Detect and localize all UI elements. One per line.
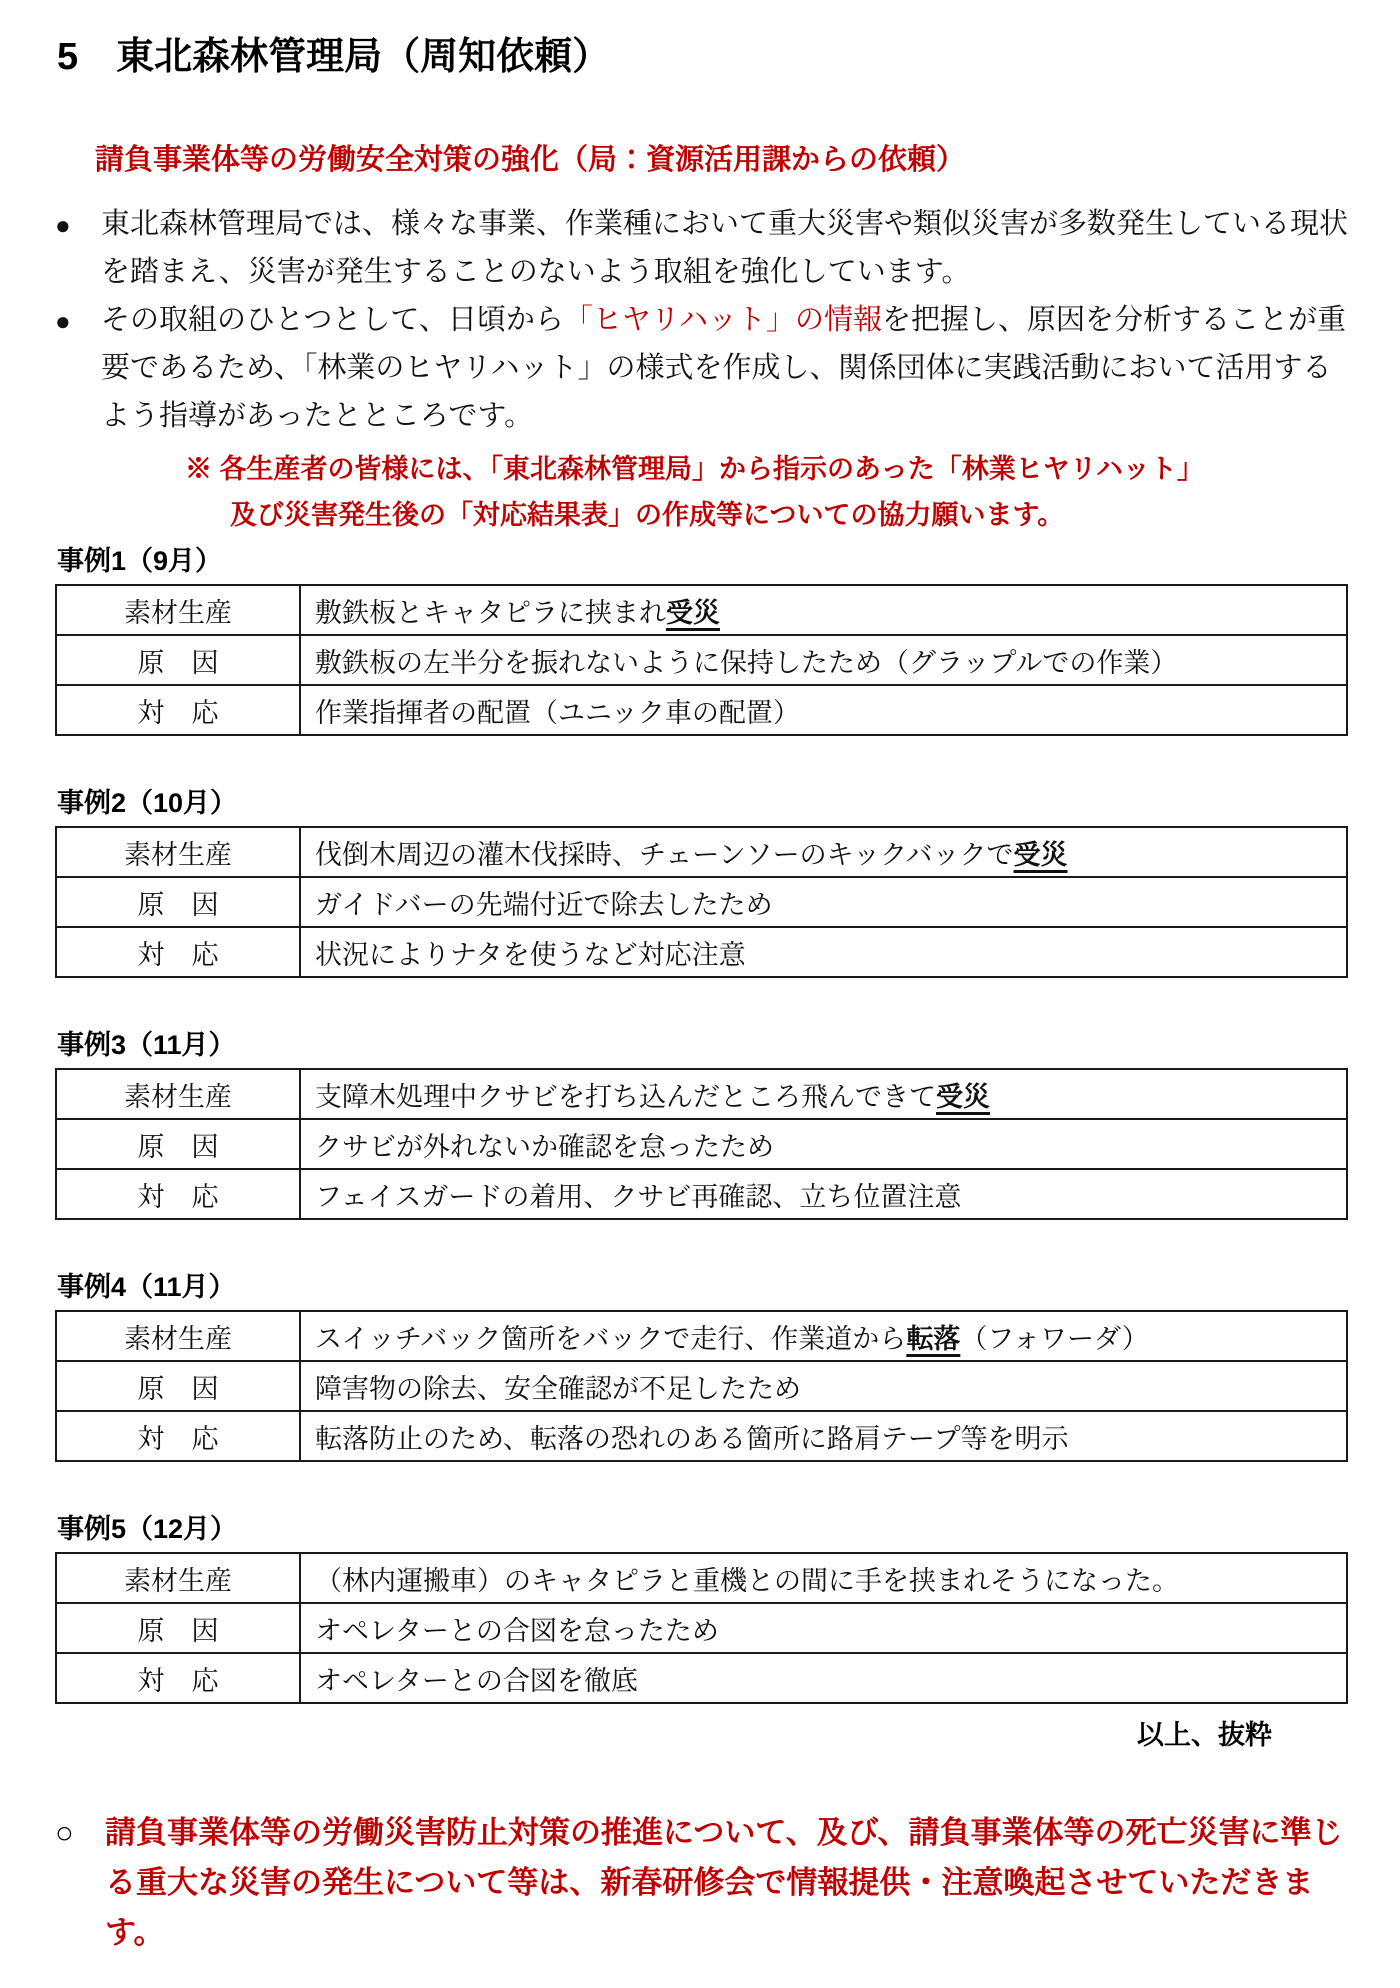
- case-row: 対 応状況によりナタを使うなど対応注意: [56, 927, 1347, 977]
- case-text: 作業指揮者の配置（ユニック車の配置）: [315, 698, 800, 728]
- case-table: 素材生産（林内運搬車）のキャタピラと重機との間に手を挟まれそうになった。原 因オ…: [55, 1552, 1348, 1704]
- case-heading: 事例1（9月）: [57, 546, 1350, 576]
- case-row-label: 原 因: [56, 1361, 300, 1411]
- case-heading: 事例3（11月）: [57, 1030, 1350, 1060]
- closing-circle-marker: ○: [55, 1808, 105, 1958]
- case-heading: 事例2（10月）: [57, 788, 1350, 818]
- case-row: 対 応フェイスガードの着用、クサビ再確認、立ち位置注意: [56, 1169, 1347, 1219]
- case-text: フェイスガードの着用、クサビ再確認、立ち位置注意: [315, 1182, 961, 1212]
- case-table: 素材生産支障木処理中クサビを打ち込んだところ飛んできて受災原 因クサビが外れない…: [55, 1068, 1348, 1220]
- document-page: 5 東北森林管理局（周知依頼） 請負事業体等の労働安全対策の強化（局：資源活用課…: [0, 0, 1400, 1988]
- case-row: 素材生産（林内運搬車）のキャタピラと重機との間に手を挟まれそうになった。: [56, 1553, 1347, 1603]
- bullet-list: ●東北森林管理局では、様々な事業、作業種において重大災害や類似災害が多数発生して…: [55, 200, 1350, 440]
- case-row: 対 応転落防止のため、転落の恐れのある箇所に路肩テープ等を明示: [56, 1411, 1347, 1461]
- case-text: 転落防止のため、転落の恐れのある箇所に路肩テープ等を明示: [315, 1424, 1069, 1454]
- case-row-content: フェイスガードの着用、クサビ再確認、立ち位置注意: [300, 1169, 1347, 1219]
- case-row: 原 因クサビが外れないか確認を怠ったため: [56, 1119, 1347, 1169]
- case-table: 素材生産スイッチバック箇所をバックで走行、作業道から転落（フォワーダ）原 因障害…: [55, 1310, 1348, 1462]
- case-row-label: 素材生産: [56, 1069, 300, 1119]
- page-title: 5 東北森林管理局（周知依頼）: [57, 32, 1350, 82]
- case-text: 状況によりナタを使うなど対応注意: [315, 940, 746, 970]
- case-row: 原 因障害物の除去、安全確認が不足したため: [56, 1361, 1347, 1411]
- case-row-content: オペレターとの合図を徹底: [300, 1653, 1347, 1703]
- case-text: 支障木処理中クサビを打ち込んだところ飛んできて: [315, 1082, 936, 1112]
- case-text: ガイドバーの先端付近で除去したため: [315, 890, 773, 920]
- case-text-emph: 受災: [666, 598, 720, 628]
- closing-text: 請負事業体等の労働災害防止対策の推進について、及び、請負事業体等の死亡災害に準じ…: [105, 1808, 1350, 1958]
- case-text: オペレターとの合図を徹底: [315, 1666, 638, 1696]
- case-row: 対 応オペレターとの合図を徹底: [56, 1653, 1347, 1703]
- case-text: 敷鉄板の左半分を振れないように保持したため（グラップルでの作業）: [315, 648, 1177, 678]
- case-row-label: 素材生産: [56, 1553, 300, 1603]
- case-row: 素材生産伐倒木周辺の灌木伐採時、チェーンソーのキックバックで受災: [56, 827, 1347, 877]
- case-text: スイッチバック箇所をバックで走行、作業道から: [315, 1324, 906, 1354]
- note-block: ※ 各生産者の皆様には、「東北森林管理局」から指示のあった「林業ヒヤリハット」 …: [185, 446, 1350, 538]
- case-section: 事例4（11月）素材生産スイッチバック箇所をバックで走行、作業道から転落（フォワ…: [55, 1272, 1350, 1462]
- bullet-marker: ●: [55, 200, 101, 296]
- case-row-label: 素材生産: [56, 585, 300, 635]
- excerpt-label: 以上、抜粋: [55, 1718, 1272, 1752]
- case-text: （林内運搬車）のキャタピラと重機との間に手を挟まれそうになった。: [315, 1566, 1179, 1596]
- case-row-label: 原 因: [56, 877, 300, 927]
- case-row-content: 状況によりナタを使うなど対応注意: [300, 927, 1347, 977]
- case-text-emph: 受災: [936, 1082, 990, 1112]
- bullet-text-segment: 東北森林管理局では、様々な事業、作業種において重大災害や類似災害が多数発生してい…: [101, 208, 1348, 288]
- closing-paragraph: ○ 請負事業体等の労働災害防止対策の推進について、及び、請負事業体等の死亡災害に…: [55, 1808, 1350, 1958]
- case-row-label: 対 応: [56, 1653, 300, 1703]
- note-line-1: ※ 各生産者の皆様には、「東北森林管理局」から指示のあった「林業ヒヤリハット」: [185, 446, 1350, 492]
- case-row-content: ガイドバーの先端付近で除去したため: [300, 877, 1347, 927]
- bullet-text: 東北森林管理局では、様々な事業、作業種において重大災害や類似災害が多数発生してい…: [101, 200, 1350, 296]
- case-row-label: 原 因: [56, 1119, 300, 1169]
- bullet-text-segment: 「ヒヤリハット」の情報: [564, 304, 882, 336]
- case-row-content: 伐倒木周辺の灌木伐採時、チェーンソーのキックバックで受災: [300, 827, 1347, 877]
- case-row-content: 作業指揮者の配置（ユニック車の配置）: [300, 685, 1347, 735]
- case-row: 対 応作業指揮者の配置（ユニック車の配置）: [56, 685, 1347, 735]
- case-row: 素材生産支障木処理中クサビを打ち込んだところ飛んできて受災: [56, 1069, 1347, 1119]
- case-row-content: （林内運搬車）のキャタピラと重機との間に手を挟まれそうになった。: [300, 1553, 1347, 1603]
- section-heading: 請負事業体等の労働安全対策の強化（局：資源活用課からの依頼）: [95, 142, 1350, 178]
- case-section: 事例1（9月）素材生産敷鉄板とキャタピラに挟まれ受災原 因敷鉄板の左半分を振れな…: [55, 546, 1350, 736]
- case-table: 素材生産敷鉄板とキャタピラに挟まれ受災原 因敷鉄板の左半分を振れないように保持し…: [55, 584, 1348, 736]
- case-row: 原 因オペレターとの合図を怠ったため: [56, 1603, 1347, 1653]
- case-row-label: 対 応: [56, 1411, 300, 1461]
- case-row-label: 対 応: [56, 685, 300, 735]
- case-row-label: 対 応: [56, 1169, 300, 1219]
- case-text-emph: 受災: [1014, 840, 1068, 870]
- case-row-content: 障害物の除去、安全確認が不足したため: [300, 1361, 1347, 1411]
- bullet-text-segment: その取組のひとつとして、日頃から: [101, 304, 564, 336]
- case-row-content: スイッチバック箇所をバックで走行、作業道から転落（フォワーダ）: [300, 1311, 1347, 1361]
- case-row: 原 因敷鉄板の左半分を振れないように保持したため（グラップルでの作業）: [56, 635, 1347, 685]
- case-heading: 事例5（12月）: [57, 1514, 1350, 1544]
- case-section: 事例2（10月）素材生産伐倒木周辺の灌木伐採時、チェーンソーのキックバックで受災…: [55, 788, 1350, 978]
- case-text: オペレターとの合図を怠ったため: [315, 1616, 719, 1646]
- case-text-emph: 転落: [906, 1324, 960, 1354]
- case-row: 素材生産敷鉄板とキャタピラに挟まれ受災: [56, 585, 1347, 635]
- bullet-item: ●東北森林管理局では、様々な事業、作業種において重大災害や類似災害が多数発生して…: [55, 200, 1350, 296]
- note-line-2: 及び災害発生後の「対応結果表」の作成等についての協力願います。: [230, 492, 1350, 538]
- case-text: （フォワーダ）: [960, 1324, 1148, 1354]
- case-row-label: 原 因: [56, 635, 300, 685]
- case-list: 事例1（9月）素材生産敷鉄板とキャタピラに挟まれ受災原 因敷鉄板の左半分を振れな…: [55, 546, 1350, 1704]
- case-section: 事例3（11月）素材生産支障木処理中クサビを打ち込んだところ飛んできて受災原 因…: [55, 1030, 1350, 1220]
- case-heading: 事例4（11月）: [57, 1272, 1350, 1302]
- bullet-item: ●その取組のひとつとして、日頃から「ヒヤリハット」の情報を把握し、原因を分析する…: [55, 296, 1350, 440]
- case-text: 敷鉄板とキャタピラに挟まれ: [315, 598, 666, 628]
- case-row-content: オペレターとの合図を怠ったため: [300, 1603, 1347, 1653]
- bullet-text: その取組のひとつとして、日頃から「ヒヤリハット」の情報を把握し、原因を分析するこ…: [101, 296, 1350, 440]
- case-row: 原 因ガイドバーの先端付近で除去したため: [56, 877, 1347, 927]
- case-text: 伐倒木周辺の灌木伐採時、チェーンソーのキックバックで: [315, 840, 1014, 870]
- bullet-marker: ●: [55, 296, 101, 440]
- case-row-label: 原 因: [56, 1603, 300, 1653]
- case-row-label: 素材生産: [56, 1311, 300, 1361]
- case-table: 素材生産伐倒木周辺の灌木伐採時、チェーンソーのキックバックで受災原 因ガイドバー…: [55, 826, 1348, 978]
- case-row-content: 敷鉄板の左半分を振れないように保持したため（グラップルでの作業）: [300, 635, 1347, 685]
- case-row-content: 転落防止のため、転落の恐れのある箇所に路肩テープ等を明示: [300, 1411, 1347, 1461]
- case-row-content: 敷鉄板とキャタピラに挟まれ受災: [300, 585, 1347, 635]
- case-row-content: クサビが外れないか確認を怠ったため: [300, 1119, 1347, 1169]
- case-row-content: 支障木処理中クサビを打ち込んだところ飛んできて受災: [300, 1069, 1347, 1119]
- case-row: 素材生産スイッチバック箇所をバックで走行、作業道から転落（フォワーダ）: [56, 1311, 1347, 1361]
- case-row-label: 対 応: [56, 927, 300, 977]
- case-text: クサビが外れないか確認を怠ったため: [315, 1132, 774, 1162]
- case-row-label: 素材生産: [56, 827, 300, 877]
- case-section: 事例5（12月）素材生産（林内運搬車）のキャタピラと重機との間に手を挟まれそうに…: [55, 1514, 1350, 1704]
- case-text: 障害物の除去、安全確認が不足したため: [315, 1374, 801, 1404]
